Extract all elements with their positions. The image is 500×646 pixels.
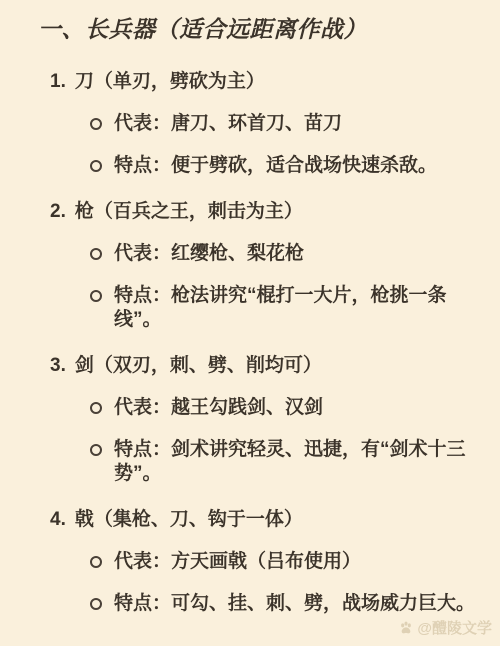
list-item: 特点：枪法讲究“棍打一大片，枪挑一条线”。 (90, 284, 482, 332)
page-title: 一、长兵器（适合远距离作战） (38, 14, 482, 44)
circle-bullet-icon (90, 556, 102, 568)
bullet-text: 特点：剑术讲究轻灵、迅捷，有“剑术十三势”。 (114, 438, 482, 486)
document-content: 一、长兵器（适合远距离作战） 1. 刀（单刃，劈砍为主） 代表：唐刀、环首刀、苗… (0, 0, 500, 616)
circle-bullet-icon (90, 248, 102, 260)
bullet-text: 代表：红缨枪、梨花枪 (114, 242, 482, 266)
circle-bullet-icon (90, 598, 102, 610)
circle-bullet-icon (90, 160, 102, 172)
section-qiang: 2. 枪（百兵之王，刺击为主） 代表：红缨枪、梨花枪 特点：枪法讲究“棍打一大片… (38, 200, 482, 332)
bullet-text: 代表：唐刀、环首刀、苗刀 (114, 112, 482, 136)
section-number: 2. (50, 200, 66, 224)
section-number: 4. (50, 508, 66, 532)
circle-bullet-icon (90, 402, 102, 414)
circle-bullet-icon (90, 290, 102, 302)
section-heading: 1. 刀（单刃，劈砍为主） (50, 70, 482, 94)
list-item: 代表：红缨枪、梨花枪 (90, 242, 482, 266)
section-heading-text: 枪（百兵之王，刺击为主） (75, 200, 303, 224)
section-number: 3. (50, 354, 66, 378)
section-heading-text: 刀（单刃，劈砍为主） (75, 70, 265, 94)
bullet-text: 特点：便于劈砍，适合战场快速杀敌。 (114, 154, 482, 178)
section-heading: 2. 枪（百兵之王，刺击为主） (50, 200, 482, 224)
circle-bullet-icon (90, 118, 102, 130)
section-number: 1. (50, 70, 66, 94)
section-jian: 3. 剑（双刃，刺、劈、削均可） 代表：越王勾践剑、汉剑 特点：剑术讲究轻灵、迅… (38, 354, 482, 486)
bullet-text: 特点：枪法讲究“棍打一大片，枪挑一条线”。 (114, 284, 482, 332)
list-item: 特点：剑术讲究轻灵、迅捷，有“剑术十三势”。 (90, 438, 482, 486)
list-item: 代表：唐刀、环首刀、苗刀 (90, 112, 482, 136)
list-item: 特点：便于劈砍，适合战场快速杀敌。 (90, 154, 482, 178)
paw-icon (398, 620, 414, 636)
document-page: 一、长兵器（适合远距离作战） 1. 刀（单刃，劈砍为主） 代表：唐刀、环首刀、苗… (0, 0, 500, 646)
list-item: 特点：可勾、挂、刺、劈，战场威力巨大。 (90, 592, 482, 616)
bullet-text: 代表：方天画戟（吕布使用） (114, 550, 482, 574)
circle-bullet-icon (90, 444, 102, 456)
bullet-text: 特点：可勾、挂、刺、劈，战场威力巨大。 (114, 592, 482, 616)
watermark-text: @醴陵文学 (417, 617, 492, 638)
list-item: 代表：方天画戟（吕布使用） (90, 550, 482, 574)
section-ji: 4. 戟（集枪、刀、钩于一体） 代表：方天画戟（吕布使用） 特点：可勾、挂、刺、… (38, 508, 482, 616)
section-heading-text: 戟（集枪、刀、钩于一体） (75, 508, 303, 532)
section-heading: 4. 戟（集枪、刀、钩于一体） (50, 508, 482, 532)
bullet-text: 代表：越王勾践剑、汉剑 (114, 396, 482, 420)
list-item: 代表：越王勾践剑、汉剑 (90, 396, 482, 420)
section-dao: 1. 刀（单刃，劈砍为主） 代表：唐刀、环首刀、苗刀 特点：便于劈砍，适合战场快… (38, 70, 482, 178)
section-heading: 3. 剑（双刃，刺、劈、削均可） (50, 354, 482, 378)
section-heading-text: 剑（双刃，刺、劈、削均可） (75, 354, 322, 378)
watermark: @醴陵文学 (398, 617, 492, 638)
